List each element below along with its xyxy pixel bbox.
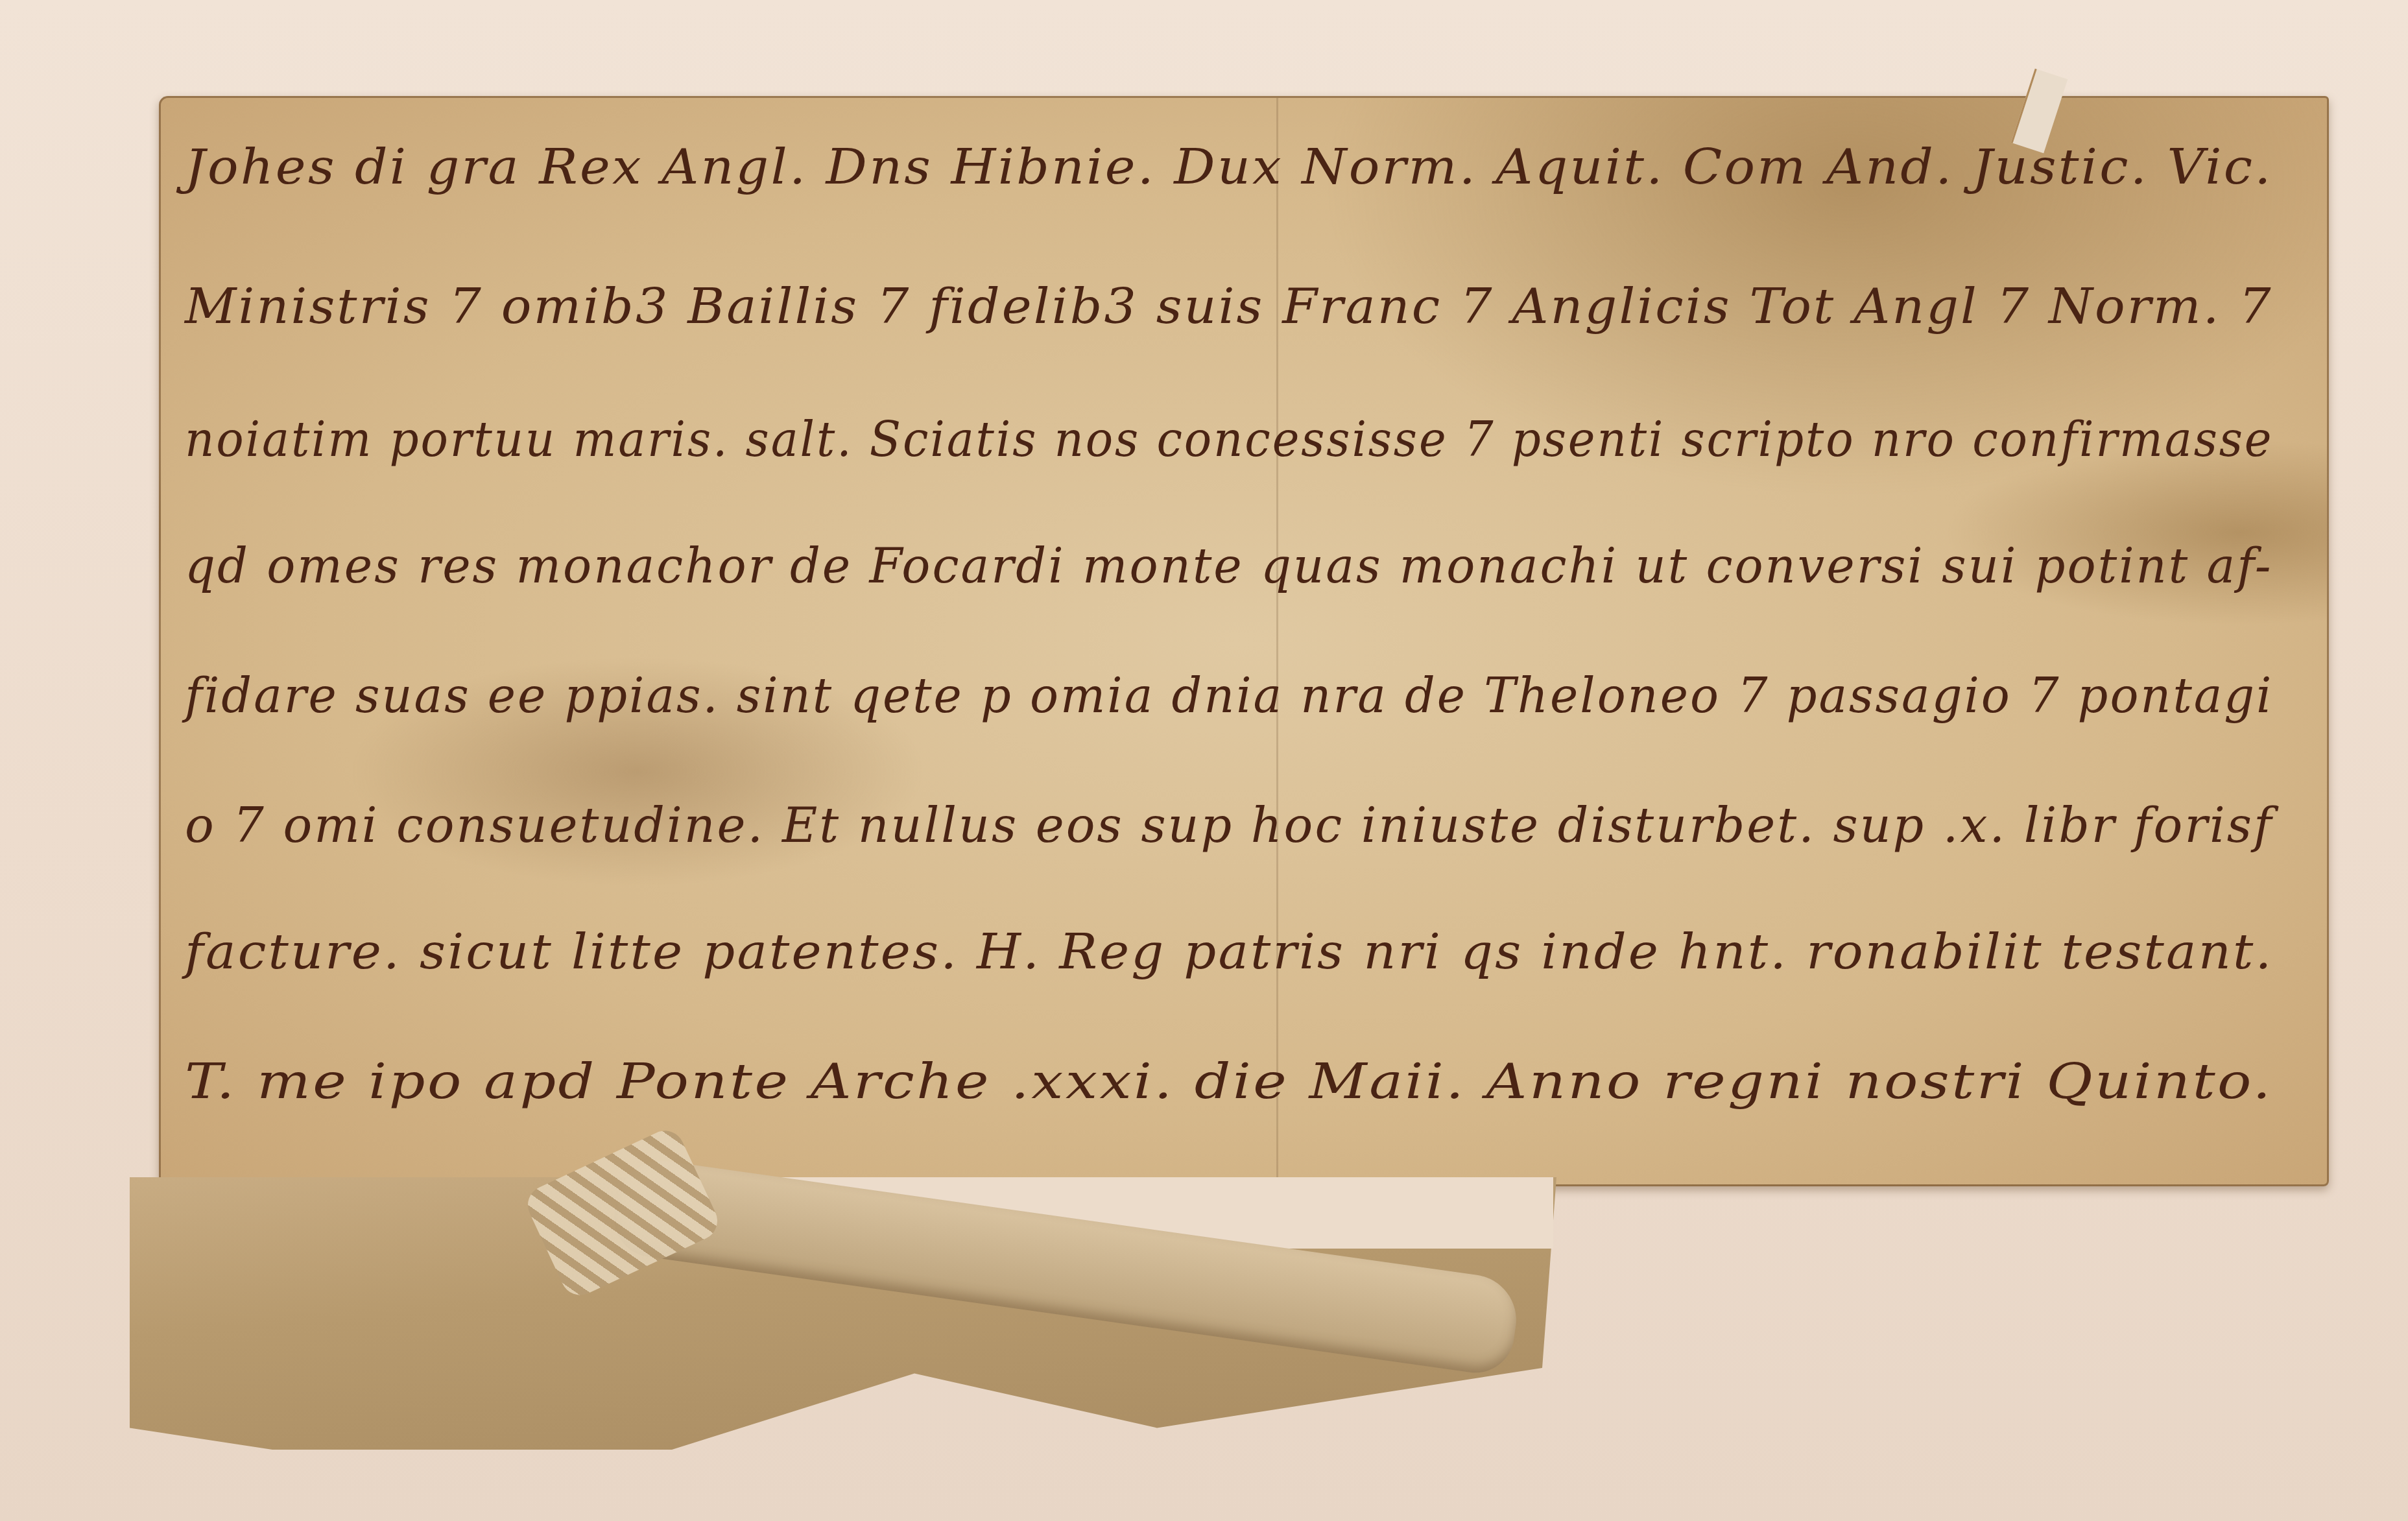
charter-line-4: qd omes res monachor de Focardi monte qu… (185, 538, 2273, 594)
charter-line-7: facture. sicut litte patentes. H. Reg pa… (185, 924, 2274, 980)
charter-photograph: Johes di gra Rex Angl. Dns Hibnie. Dux N… (0, 0, 2408, 1521)
charter-line-1: Johes di gra Rex Angl. Dns Hibnie. Dux N… (185, 139, 2273, 195)
parchment-sheet (159, 96, 2329, 1186)
charter-line-8: T. me ipo apd Ponte Arche .xxxi. die Mai… (185, 1054, 2273, 1110)
charter-line-6: o 7 omi consuetudine. Et nullus eos sup … (185, 798, 2273, 854)
charter-line-2: Ministris 7 omib3 Baillis 7 fidelib3 sui… (185, 279, 2273, 335)
charter-line-5: fidare suas ee ppias. sint qete p omia d… (185, 668, 2273, 724)
charter-line-3: noiatim portuu maris. salt. Sciatis nos … (185, 412, 2273, 468)
vertical-fold-crease (1276, 98, 1278, 1184)
